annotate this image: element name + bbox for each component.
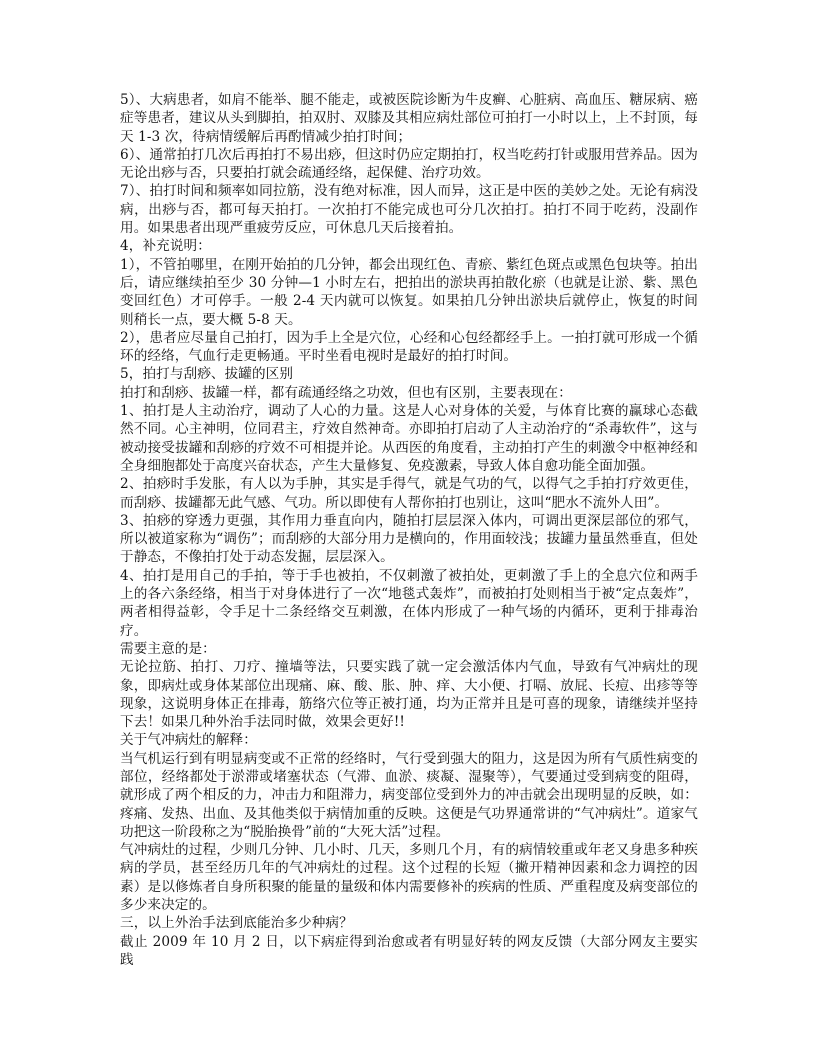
section-heading-qi-explanation: 关于气冲病灶的解释：: [120, 731, 698, 749]
section-heading-supplement: 4，补充说明：: [120, 237, 698, 255]
paragraph-supplement-2: 2），患者应尽量自己拍打，因为手上全是穴位，心经和心包经都经手上。一拍打就可形成…: [120, 329, 698, 366]
paragraph-qi-process: 气冲病灶的过程，少则几分钟、几小时、几天，多则几个月，有的病情较重或年老又身患多…: [120, 841, 698, 914]
paragraph-item-6-regular-patting: 6）、通常拍打几次后再拍打不易出痧，但这时仍应定期拍打，权当吃药打针或服用营养品…: [120, 146, 698, 183]
paragraph-difference-4: 4、拍打是用自己的手拍，等于手也被拍，不仅刺激了被拍处，更刺激了手上的全息穴位和…: [120, 567, 698, 640]
paragraph-differences-intro: 拍打和刮痧、拔罐一样，都有疏通经络之功效，但也有区别，主要表现在：: [120, 384, 698, 402]
paragraph-feedback-intro: 截止 2009 年 10 月 2 日，以下病症得到治愈或者有明显好转的网友反馈（…: [120, 933, 698, 970]
paragraph-item-7-time-frequency: 7）、拍打时间和频率如同拉筋，没有绝对标准，因人而异，这正是中医的美妙之处。无论…: [120, 182, 698, 237]
paragraph-notes-body: 无论拉筋、拍打、刀疗、撞墙等法，只要实践了就一定会激活体内气血，导致有气冲病灶的…: [120, 658, 698, 731]
paragraph-item-5-severe-patients: 5）、大病患者，如肩不能举、腿不能走，或被医院诊断为牛皮癣、心脏病、高血压、糖尿…: [120, 91, 698, 146]
paragraph-difference-3: 3、拍痧的穿透力更强，其作用力垂直向内，随拍打层层深入体内，可调出更深层部位的邪…: [120, 512, 698, 567]
document-page: 5）、大病患者，如肩不能举、腿不能走，或被医院诊断为牛皮癣、心脏病、高血压、糖尿…: [120, 91, 698, 969]
section-heading-how-many-diseases: 三，以上外治手法到底能治多少种病？: [120, 914, 698, 932]
paragraph-qi-explanation: 当气机运行到有明显病变或不正常的经络时，气行受到强大的阻力，这是因为所有气质性病…: [120, 750, 698, 841]
paragraph-difference-1: 1、拍打是人主动治疗，调动了人心的力量。这是人心对身体的关爱，与体育比赛的赢球心…: [120, 402, 698, 475]
paragraph-supplement-1: 1），不管拍哪里，在刚开始拍的几分钟，都会出现红色、青瘀、紫红色斑点或黑色包块等…: [120, 256, 698, 329]
paragraph-difference-2: 2、拍痧时手发胀，有人以为手肿，其实是手得气，就是气功的气，以得气之手拍打疗效更…: [120, 475, 698, 512]
section-heading-differences: 5，拍打与刮痧、拔罐的区别: [120, 365, 698, 383]
section-heading-notes: 需要主意的是：: [120, 640, 698, 658]
